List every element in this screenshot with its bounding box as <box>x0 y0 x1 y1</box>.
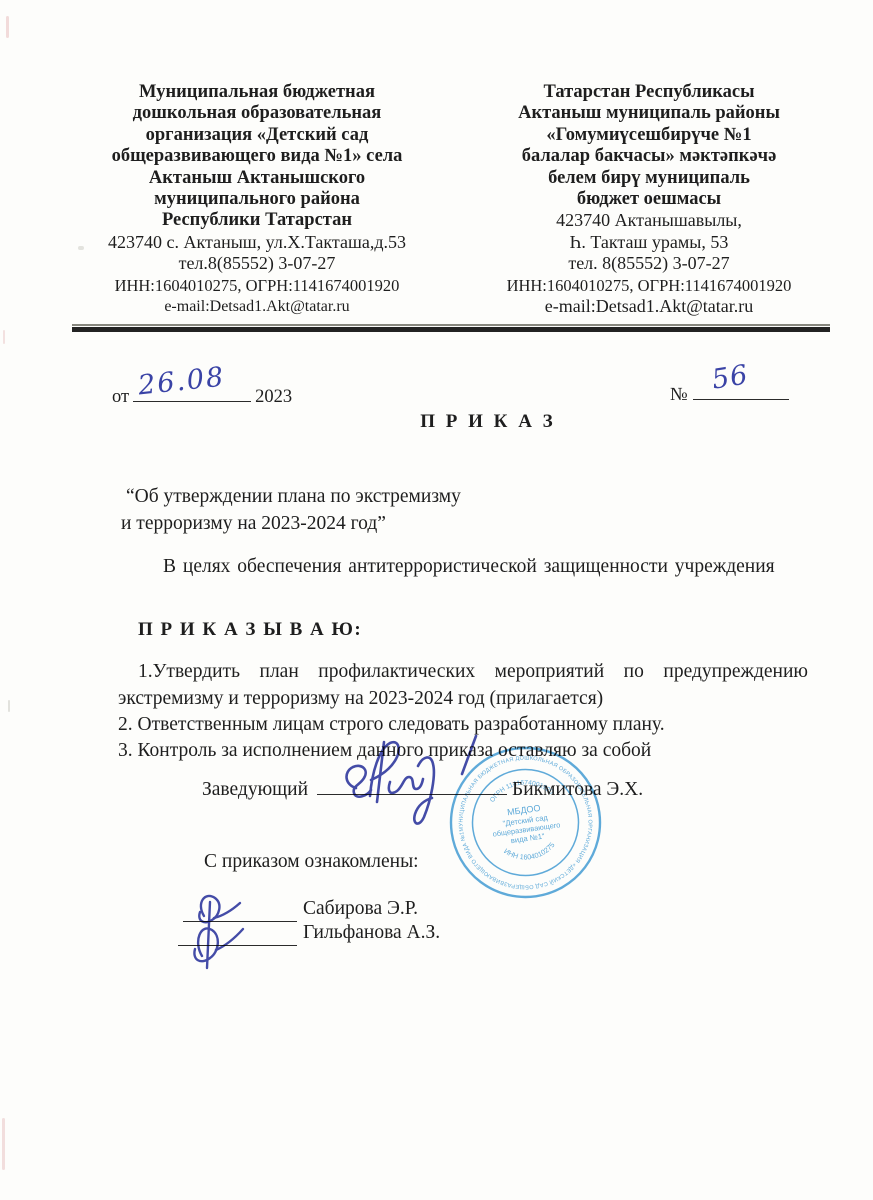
org-name-line: дошкольная образовательная <box>68 103 446 124</box>
letterhead-russian: Муниципальная бюджетная дошкольная образ… <box>68 82 446 317</box>
order-item-1: 1.Утвердить план профилактических меропр… <box>118 661 808 683</box>
org-email: e-mail:Detsad1.Akt@tatar.ru <box>68 296 446 317</box>
order-title: П Р И К А З <box>103 411 873 433</box>
ack-signature-scribble <box>168 878 286 973</box>
org-phone: тел. 8(85552) 3-07-27 <box>458 253 840 274</box>
resolution-heading: П Р И К А З Ы В А Ю: <box>138 619 362 641</box>
org-name-line: Актаныш Актанышского <box>68 168 446 189</box>
scan-artifact <box>6 16 9 38</box>
org-name-line: бюджет оешмасы <box>458 189 840 210</box>
scan-artifact <box>78 246 84 250</box>
org-name-line: Татарстан Республикасы <box>458 82 840 103</box>
org-name-line: белем бирү муниципаль <box>458 168 840 189</box>
org-email: e-mail:Detsad1.Akt@tatar.ru <box>458 296 840 317</box>
signature-role: Заведующий <box>202 779 308 800</box>
order-item-1-continuation: экстремизму и терроризму на 2023-2024 го… <box>118 688 603 710</box>
org-name-line: Республики Татарстан <box>68 210 446 231</box>
scan-artifact <box>3 330 5 344</box>
ack-signer-name: Сабирова Э.Р. <box>303 898 418 920</box>
number-label: № <box>670 385 688 405</box>
separator-thick-line <box>72 327 830 332</box>
purpose-text: В целях обеспечения антитеррористической… <box>163 556 775 578</box>
scan-artifact <box>2 1118 5 1170</box>
org-inn-ogrn: ИНН:1604010275, ОГРН:1141674001920 <box>68 275 446 296</box>
org-name-line: Актаныш муниципаль районы <box>458 103 840 124</box>
letterhead-tatar: Татарстан Республикасы Актаныш муниципал… <box>458 82 840 317</box>
svg-text:ИНН 1604010275: ИНН 1604010275 <box>501 840 558 865</box>
org-inn-ogrn: ИНН:1604010275, ОГРН:1141674001920 <box>458 275 840 296</box>
subject-line: “Об утверждении плана по экстремизму <box>126 483 461 510</box>
org-address: 423740 с. Актаныш, ул.Х.Такташа,д.53 <box>68 232 446 253</box>
document-page: Муниципальная бюджетная дошкольная образ… <box>0 0 873 1200</box>
org-name-line: муниципального района <box>68 189 446 210</box>
stamp-inn-text: ИНН 1604010275 <box>501 840 558 865</box>
head-signature-scribble <box>318 724 503 836</box>
org-name-line: «Гомумиүсешбирүче №1 <box>458 125 840 146</box>
ack-signer-name: Гильфанова А.З. <box>303 922 440 944</box>
subject-line: и терроризму на 2023-2024 год” <box>121 510 461 537</box>
number-handwritten: 56 <box>710 359 751 395</box>
org-name-line: Муниципальная бюджетная <box>68 82 446 103</box>
separator-thin-line <box>72 324 830 326</box>
org-address: Һ. Такташ урамы, 53 <box>458 232 840 253</box>
org-name-line: общеразвивающего вида №1» села <box>68 146 446 167</box>
scan-artifact <box>8 700 10 712</box>
acknowledgement-heading: С приказом ознакомлены: <box>204 851 419 873</box>
separator-line <box>72 324 830 332</box>
date-prefix: от <box>112 387 129 407</box>
org-phone: тел.8(85552) 3-07-27 <box>68 253 446 274</box>
order-subject: “Об утверждении плана по экстремизму и т… <box>126 483 461 537</box>
org-name-line: балалар бакчасы» мәктәпкәчә <box>458 146 840 167</box>
date-year: 2023 <box>255 387 292 407</box>
org-name-line: организация «Детский сад <box>68 125 446 146</box>
org-address: 423740 Актанышавылы, <box>458 210 840 231</box>
